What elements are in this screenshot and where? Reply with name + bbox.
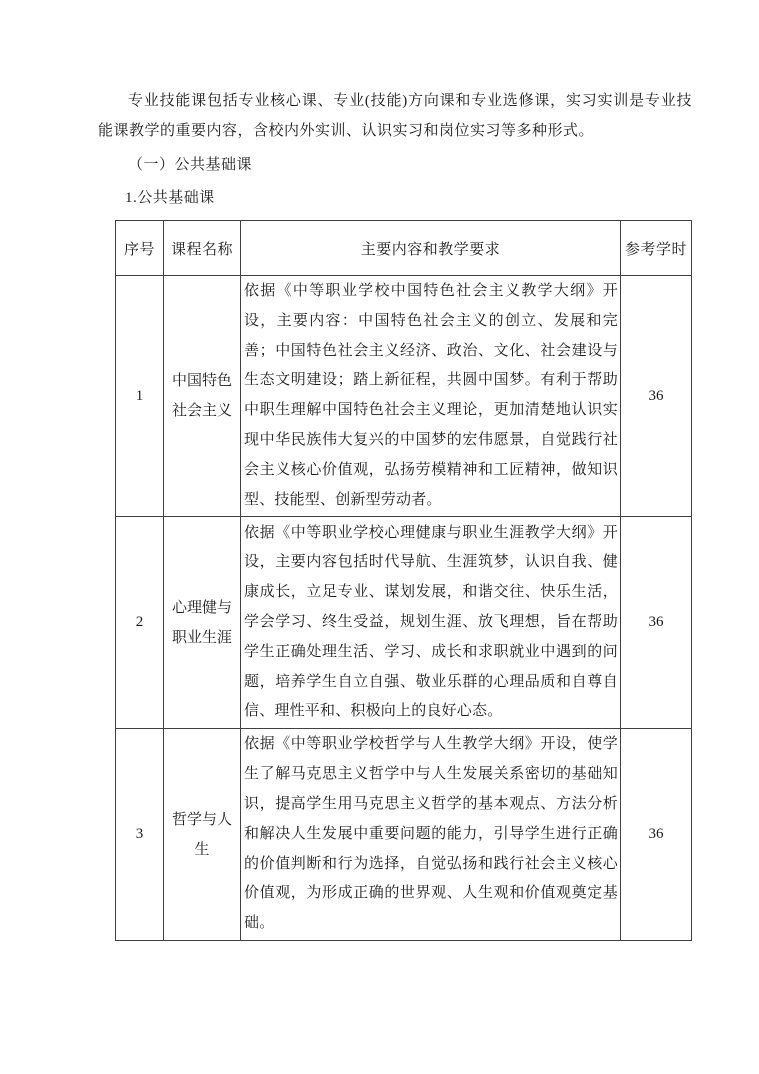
header-cell-reference-hours: 参考学时: [621, 221, 692, 276]
table-row: 3 哲学与人生 依据《中等职业学校哲学与人生教学大纲》开设，使学生了解马克思主义…: [116, 729, 692, 941]
table-row: 1 中国特色社会主义 依据《中等职业学校中国特色社会主义教学大纲》开设，主要内容…: [116, 276, 692, 517]
section-heading: （一）公共基础课: [98, 150, 692, 180]
courses-table: 序号 课程名称 主要内容和教学要求 参考学时 1 中国特色社会主义 依据《中等职…: [115, 220, 692, 941]
course-content-cell: 依据《中等职业学校心理健康与职业生涯教学大纲》开设，主要内容包括时代导航、生涯筑…: [241, 517, 621, 729]
header-cell-number: 序号: [116, 221, 164, 276]
subsection-heading: 1.公共基础课: [98, 183, 692, 213]
course-hours-cell: 36: [621, 729, 692, 941]
course-content-cell: 依据《中等职业学校中国特色社会主义教学大纲》开设，主要内容：中国特色社会主义的创…: [241, 276, 621, 517]
row-number-cell: 1: [116, 276, 164, 517]
row-number-cell: 3: [116, 729, 164, 941]
course-hours-cell: 36: [621, 276, 692, 517]
table-row: 2 心理健与职业生涯 依据《中等职业学校心理健康与职业生涯教学大纲》开设，主要内…: [116, 517, 692, 729]
course-content-cell: 依据《中等职业学校哲学与人生教学大纲》开设，使学生了解马克思主义哲学中与人生发展…: [241, 729, 621, 941]
course-name-cell: 哲学与人生: [164, 729, 241, 941]
course-name-cell: 心理健与职业生涯: [164, 517, 241, 729]
header-cell-content-requirements: 主要内容和教学要求: [241, 221, 621, 276]
document-body: 专业技能课包括专业核心课、专业(技能)方向课和专业选修课，实习实训是专业技能课教…: [98, 86, 692, 941]
intro-paragraph: 专业技能课包括专业核心课、专业(技能)方向课和专业选修课，实习实训是专业技能课教…: [98, 86, 692, 146]
course-name-cell: 中国特色社会主义: [164, 276, 241, 517]
header-cell-course-name: 课程名称: [164, 221, 241, 276]
row-number-cell: 2: [116, 517, 164, 729]
document-page: 专业技能课包括专业核心课、专业(技能)方向课和专业选修课，实习实训是专业技能课教…: [0, 0, 759, 1074]
table-header-row: 序号 课程名称 主要内容和教学要求 参考学时: [116, 221, 692, 276]
course-hours-cell: 36: [621, 517, 692, 729]
